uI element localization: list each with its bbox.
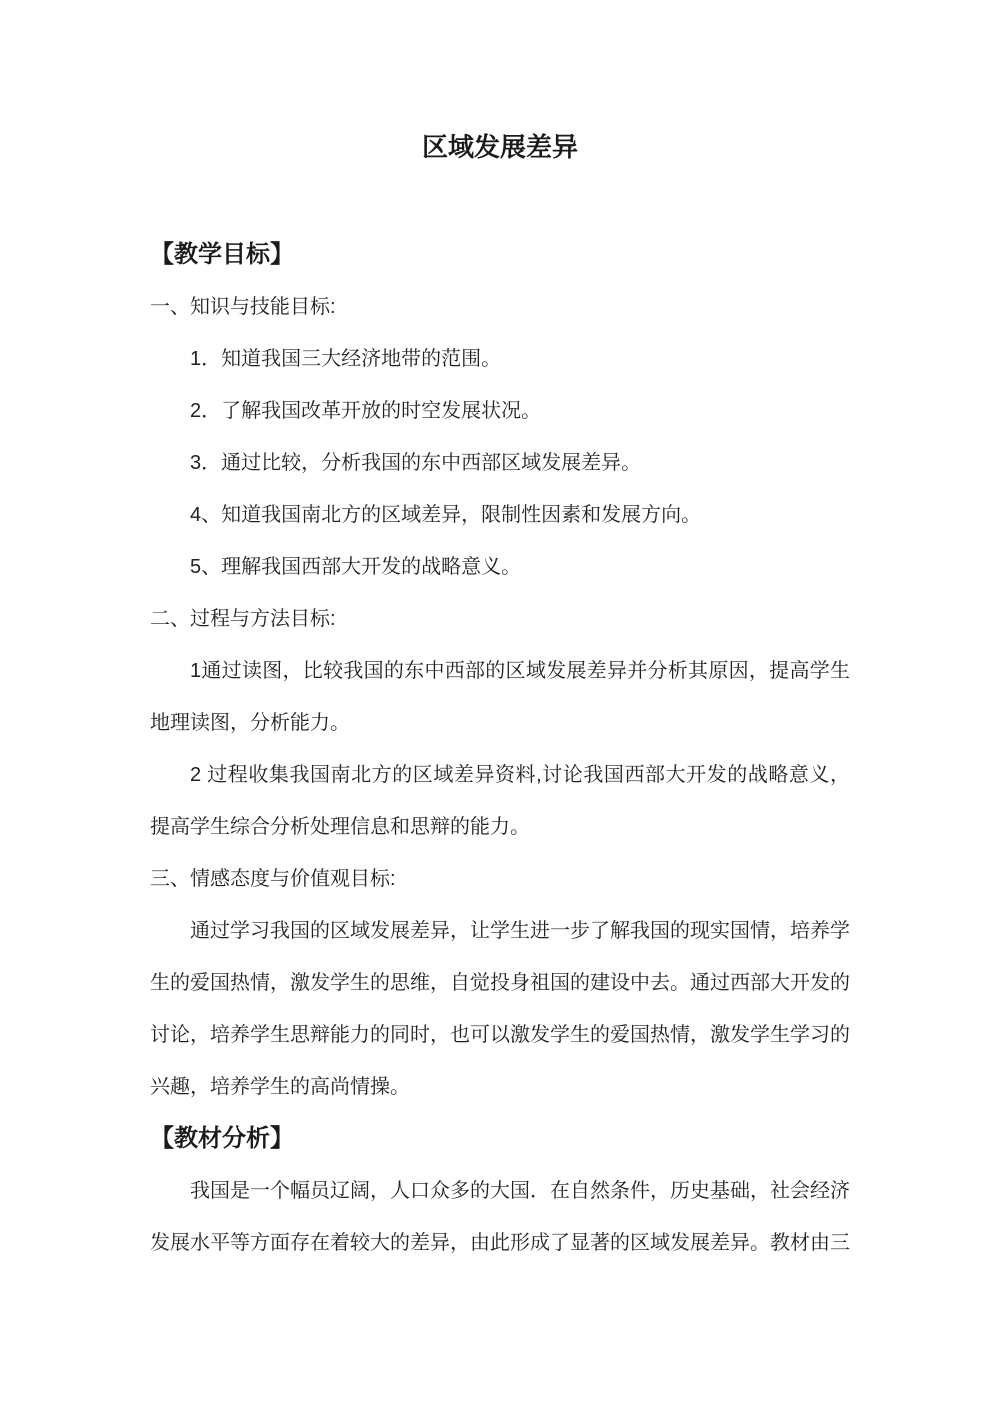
para-goal-3: 3．通过比较，分析我国的东中西部区域发展差异。 <box>150 437 850 489</box>
para-goal-5: 5、理解我国西部大开发的战略意义。 <box>150 541 850 593</box>
para-process-goal-1: 1通过读图，比较我国的东中西部的区域发展差异并分析其原因，提高学生地理读图，分析… <box>150 645 850 749</box>
para-material-analysis-body: 我国是一个幅员辽阔，人口众多的大国．在自然条件，历史基础，社会经济发展水平等方面… <box>150 1165 850 1269</box>
document-page: 区域发展差异 【教学目标】 一、知识与技能目标: 1．知道我国三大经济地带的范围… <box>0 0 1000 1414</box>
para-affective-goals-body: 通过学习我国的区域发展差异，让学生进一步了解我国的现实国情，培养学生的爱国热情，… <box>150 905 850 1113</box>
doc-title: 区域发展差异 <box>150 121 850 173</box>
para-knowledge-goals-label: 一、知识与技能目标: <box>150 281 850 333</box>
para-goal-1: 1．知道我国三大经济地带的范围。 <box>150 333 850 385</box>
heading-teaching-goals: 【教学目标】 <box>150 229 850 281</box>
para-process-goals-label: 二、过程与方法目标: <box>150 593 850 645</box>
para-affective-goals-label: 三、情感态度与价值观目标: <box>150 853 850 905</box>
heading-material-analysis: 【教材分析】 <box>150 1113 850 1165</box>
para-goal-2: 2．了解我国改革开放的时空发展状况。 <box>150 385 850 437</box>
para-process-goal-2: 2 过程收集我国南北方的区域差异资料,讨论我国西部大开发的战略意义，提高学生综合… <box>150 749 850 853</box>
para-goal-4: 4、知道我国南北方的区域差异，限制性因素和发展方向。 <box>150 489 850 541</box>
